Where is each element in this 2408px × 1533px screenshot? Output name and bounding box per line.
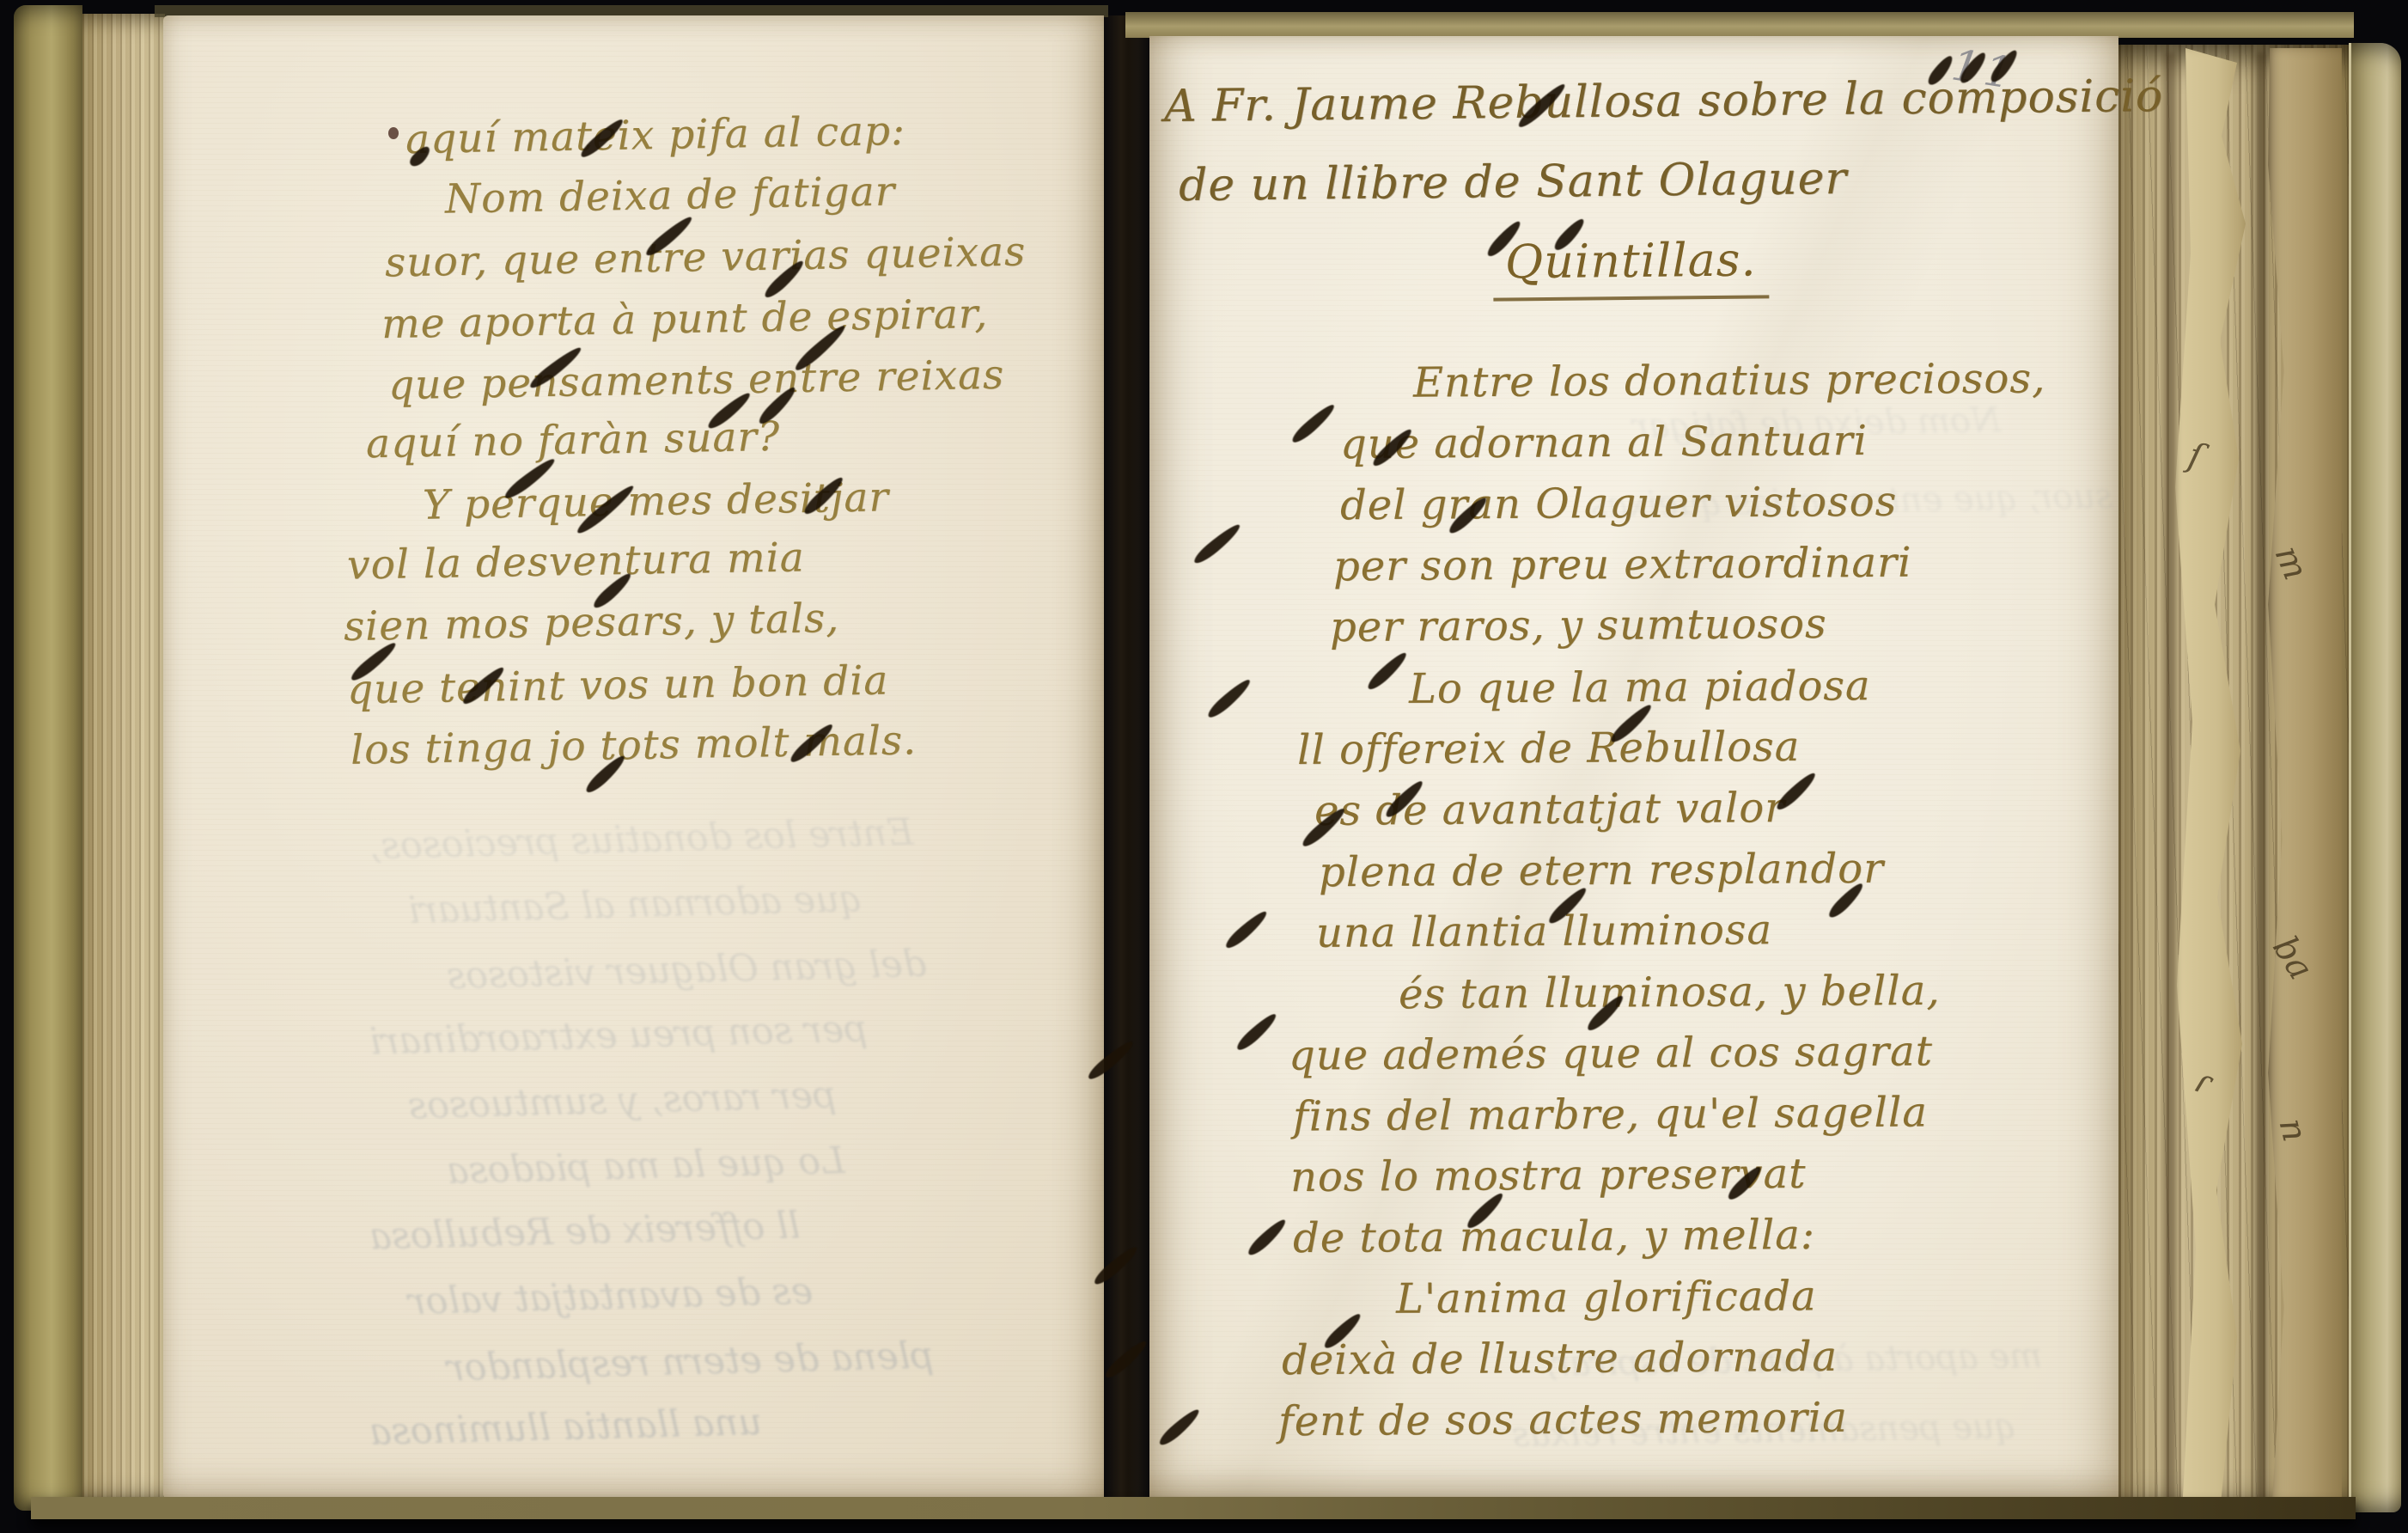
manuscript-line: fent de sos actes memoria bbox=[1278, 1394, 1848, 1446]
manuscript-line: per raros, y sumtuosos bbox=[1330, 600, 1827, 651]
section-title: Quintillas. bbox=[1493, 232, 1769, 301]
manuscript-line: que tenint vos un bon dia bbox=[347, 657, 889, 714]
left-vellum-cover bbox=[14, 5, 82, 1511]
manuscript-line: de tota macula, y mella: bbox=[1293, 1211, 1815, 1262]
right-vellum-cover bbox=[2349, 43, 2401, 1512]
book-bottom-edge bbox=[31, 1497, 2356, 1519]
fore-edge-crevice bbox=[2165, 52, 2175, 1504]
manuscript-line: Nom deixa de fatigar bbox=[445, 168, 896, 223]
fore-edge-crevice bbox=[2256, 52, 2266, 1504]
ink-speck bbox=[388, 127, 399, 139]
manuscript-line: aquí mateix pifa al cap: bbox=[405, 107, 906, 163]
manuscript-photo: ſ m ba n ɾ 11 aquí mateix pifa al cap: N… bbox=[0, 0, 2408, 1533]
left-page-edges bbox=[82, 14, 165, 1502]
manuscript-line: és tan lluminosa, y bella, bbox=[1399, 967, 1941, 1018]
dedication-heading-line2: de un llibre de Sant Olaguer bbox=[1179, 153, 1848, 211]
manuscript-line: del gran Olaguer vistosos bbox=[1340, 478, 1898, 530]
manuscript-line: deixà de llustre adornada bbox=[1282, 1333, 1838, 1385]
top-rim-right bbox=[1125, 12, 2354, 38]
manuscript-line: una llantia lluminosa bbox=[1316, 906, 1772, 957]
manuscript-line: sien mos pesars, y tals, bbox=[344, 595, 840, 650]
manuscript-line: Lo que la ma piadosa bbox=[1409, 662, 1871, 713]
manuscript-line: fins del marbre, qu'el sagella bbox=[1293, 1088, 1928, 1140]
manuscript-line: per son preu extraordinari bbox=[1333, 539, 1912, 591]
manuscript-line: L'anima glorificada bbox=[1396, 1272, 1817, 1322]
manuscript-line: es de avantatjat valor bbox=[1314, 784, 1786, 835]
manuscript-line: Entre los donatius preciosos, bbox=[1413, 354, 2046, 406]
manuscript-line: vol la desventura mia bbox=[347, 534, 806, 589]
manuscript-line: ll offereix de Rebullosa bbox=[1297, 723, 1801, 774]
dedication-heading-line1: A Fr. Jaume Rebullosa sobre la composici… bbox=[1164, 70, 2164, 132]
manuscript-line: que ademés que al cos sagrat bbox=[1289, 1027, 1933, 1079]
manuscript-line: que adornan al Santuari bbox=[1340, 417, 1868, 468]
manuscript-line: plena de etern resplandor bbox=[1319, 845, 1884, 897]
